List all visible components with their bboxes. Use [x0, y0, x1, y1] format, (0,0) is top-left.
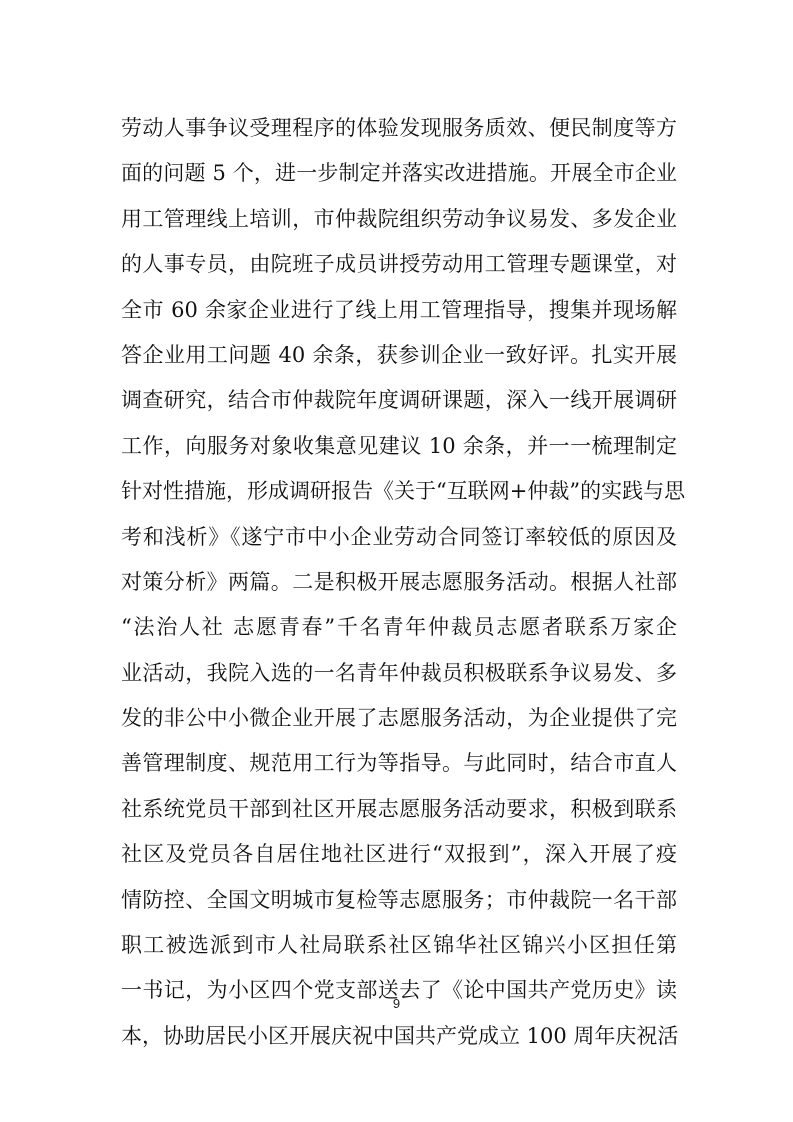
- text-line: 情防控、全国文明城市复检等志愿服务；市仲裁院一名干部: [121, 878, 677, 923]
- text-line: 对策分析》两篇。二是积极开展志愿服务活动。根据人社部: [121, 560, 677, 605]
- text-line: 业活动，我院入选的一名青年仲裁员积极联系争议易发、多: [121, 651, 677, 696]
- text-line: 劳动人事争议受理程序的体验发现服务质效、便民制度等方: [121, 106, 677, 151]
- text-line: 用工管理线上培训，市仲裁院组织劳动争议易发、多发企业: [121, 197, 677, 242]
- body-paragraph: 劳动人事争议受理程序的体验发现服务质效、便民制度等方 面的问题 5 个，进一步制…: [121, 106, 677, 1059]
- text-line: 面的问题 5 个，进一步制定并落实改进措施。开展全市企业: [121, 151, 677, 196]
- text-line: 调查研究，结合市仲裁院年度调研课题，深入一线开展调研: [121, 378, 677, 423]
- text-line: 善管理制度、规范用工行为等指导。与此同时，结合市直人: [121, 741, 677, 786]
- text-line: 社系统党员干部到社区开展志愿服务活动要求，积极到联系: [121, 787, 677, 832]
- text-line: 答企业用工问题 40 余条，获参训企业一致好评。扎实开展: [121, 333, 677, 378]
- text-line: 工作，向服务对象收集意见建议 10 余条，并一一梳理制定: [121, 424, 677, 469]
- text-line: 社区及党员各自居住地社区进行“双报到”，深入开展了疫: [121, 832, 677, 877]
- text-line: 发的非公中小微企业开展了志愿服务活动，为企业提供了完: [121, 696, 677, 741]
- text-line: 考和浅析》《遂宁市中小企业劳动合同签订率较低的原因及: [121, 515, 677, 560]
- page-number: 9: [0, 996, 793, 1011]
- text-line: 本，协助居民小区开展庆祝中国共产党成立 100 周年庆祝活: [121, 1014, 677, 1059]
- text-line: 的人事专员，由院班子成员讲授劳动用工管理专题课堂，对: [121, 242, 677, 287]
- document-page: 劳动人事争议受理程序的体验发现服务质效、便民制度等方 面的问题 5 个，进一步制…: [0, 0, 793, 1122]
- text-line: 针对性措施，形成调研报告《关于“互联网+仲裁”的实践与思: [121, 469, 677, 514]
- text-line: “法治人社 志愿青春”千名青年仲裁员志愿者联系万家企: [121, 605, 677, 650]
- text-line: 全市 60 余家企业进行了线上用工管理指导，搜集并现场解: [121, 288, 677, 333]
- text-line: 职工被选派到市人社局联系社区锦华社区锦兴小区担任第: [121, 923, 677, 968]
